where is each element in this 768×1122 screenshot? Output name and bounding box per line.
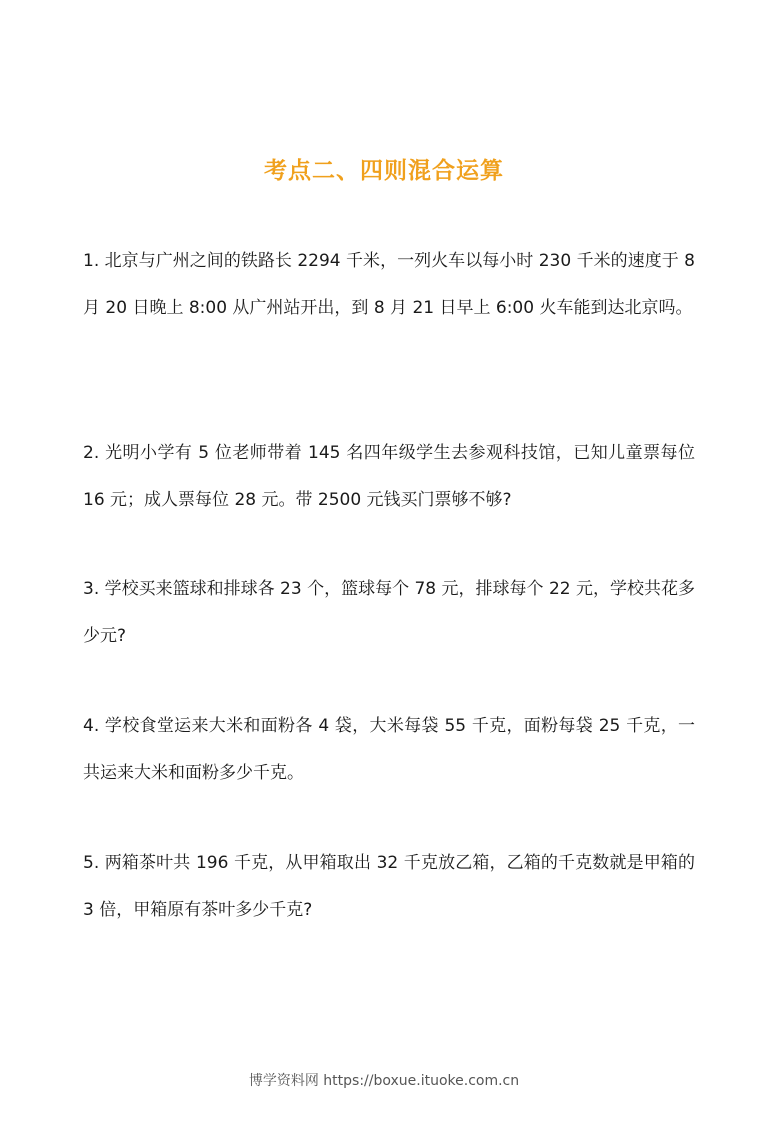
- footer-watermark: 博学资料网 https://boxue.ituoke.com.cn: [0, 1070, 768, 1090]
- problem-1: 1. 北京与广州之间的铁路长 2294 千米，一列火车以每小时 230 千米的速…: [83, 238, 695, 332]
- problem-4: 4. 学校食堂运来大米和面粉各 4 袋，大米每袋 55 千克，面粉每袋 25 千…: [83, 703, 695, 797]
- problem-2: 2. 光明小学有 5 位老师带着 145 名四年级学生去参观科技馆，已知儿童票每…: [83, 430, 695, 524]
- problem-3: 3. 学校买来篮球和排球各 23 个，篮球每个 78 元，排球每个 22 元，学…: [83, 566, 695, 660]
- problem-5: 5. 两箱茶叶共 196 千克，从甲箱取出 32 千克放乙箱，乙箱的千克数就是甲…: [83, 840, 695, 934]
- page-title: 考点二、四则混合运算: [0, 152, 768, 185]
